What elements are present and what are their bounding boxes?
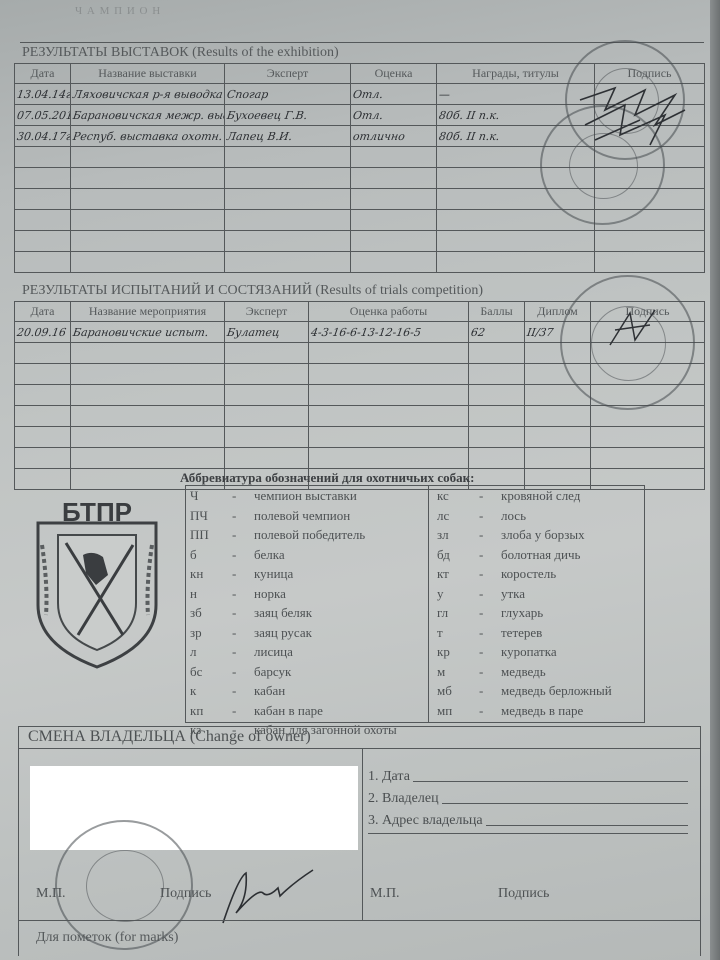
trials-header-cell: Баллы <box>469 302 525 322</box>
abbreviation-dash: - <box>232 508 254 528</box>
right-frame <box>700 726 701 956</box>
trial-signature-cell <box>591 406 705 427</box>
trials-header-cell: Дата <box>15 302 71 322</box>
abbreviation-code: кн <box>190 566 232 586</box>
marks-label: Для пометок (for marks) <box>36 930 178 946</box>
signature-trials-icon <box>605 305 665 355</box>
trial-evaluation-cell: 4-3-16-6-13-12-16-5 <box>309 322 469 343</box>
abbreviation-item: бд-болотная дичь <box>437 547 612 567</box>
trial-date-cell <box>15 343 71 364</box>
handwritten-name: Барановичская межр. выставка <box>72 109 224 122</box>
trial-points-cell <box>469 385 525 406</box>
trial-expert-cell <box>225 406 309 427</box>
exhibition-date-cell <box>15 231 71 252</box>
abbreviation-meaning: куница <box>254 566 293 586</box>
abbreviation-meaning: лисица <box>254 644 293 664</box>
right-stamp-label: М.П. <box>370 886 400 902</box>
abbreviation-code: ПЧ <box>190 508 232 528</box>
owner-title-rule <box>18 748 700 749</box>
top-rule <box>20 42 704 43</box>
abbreviation-meaning: кровяной след <box>501 488 580 508</box>
trial-signature-cell <box>591 448 705 469</box>
trial-date-cell <box>15 448 71 469</box>
owner-date-field[interactable]: 1. Дата <box>368 769 688 785</box>
trial-expert-cell <box>225 448 309 469</box>
exhibition-date-cell: 13.04.14г. <box>15 84 71 105</box>
abbreviation-item: у-утка <box>437 586 612 606</box>
trial-points-cell <box>469 364 525 385</box>
abbreviation-meaning: глухарь <box>501 605 543 625</box>
abbreviation-dash: - <box>232 547 254 567</box>
owner-change-title: СМЕНА ВЛАДЕЛЬЦА (Change of owner) <box>28 728 311 746</box>
abbreviation-code: кс <box>437 488 479 508</box>
abbreviation-item: кн-куница <box>190 566 397 586</box>
abbreviation-item: зб-заяц беляк <box>190 605 397 625</box>
trial-expert-cell: Булатец <box>225 322 309 343</box>
trial-row <box>15 427 705 448</box>
trial-diploma-cell <box>525 406 591 427</box>
exhibition-row <box>15 231 705 252</box>
handwritten-date: 30.04.17г. <box>16 130 70 143</box>
exhibition-date-cell <box>15 252 71 273</box>
abbreviation-meaning: утка <box>501 586 525 606</box>
handwritten-awards: — <box>438 88 451 101</box>
abbreviations-divider <box>428 485 429 723</box>
abbreviation-code: н <box>190 586 232 606</box>
handwritten-expert: Булатец <box>226 326 280 339</box>
left-frame <box>18 726 19 956</box>
trials-header-cell: Оценка работы <box>309 302 469 322</box>
trial-evaluation-cell <box>309 385 469 406</box>
trial-points-cell <box>469 406 525 427</box>
abbreviation-meaning: злоба у борзых <box>501 527 585 547</box>
exhibition-name-cell: Респуб. выставка охотн. собак <box>71 126 225 147</box>
abbreviation-dash: - <box>232 664 254 684</box>
exhibition-name-cell: Барановичская межр. выставка <box>71 105 225 126</box>
exhibition-grade-cell: отлично <box>351 126 437 147</box>
trial-evaluation-cell <box>309 364 469 385</box>
abbreviation-dash: - <box>479 664 501 684</box>
abbreviation-meaning: коростель <box>501 566 556 586</box>
abbreviation-meaning: тетерев <box>501 625 542 645</box>
exhibition-grade-cell <box>351 252 437 273</box>
trial-name-cell <box>71 364 225 385</box>
abbreviation-item: б-белка <box>190 547 397 567</box>
abbreviation-meaning: лось <box>501 508 526 528</box>
exhibitions-header-cell: Эксперт <box>225 64 351 84</box>
exhibition-date-cell <box>15 210 71 231</box>
trial-expert-cell <box>225 364 309 385</box>
abbreviation-code: кт <box>437 566 479 586</box>
exhibition-signature-cell <box>595 231 705 252</box>
abbreviation-item: кс-кровяной след <box>437 488 612 508</box>
handwritten-grade: отлично <box>352 130 406 143</box>
abbreviations-title: Аббревиатура обозначений для охотничьих … <box>180 470 475 486</box>
exhibition-date-cell <box>15 147 71 168</box>
trial-name-cell <box>71 343 225 364</box>
abbreviation-item: бс-барсук <box>190 664 397 684</box>
abbreviation-item: лс-лось <box>437 508 612 528</box>
abbreviation-dash: - <box>232 683 254 703</box>
exhibition-grade-cell <box>351 210 437 231</box>
abbreviation-dash: - <box>479 547 501 567</box>
left-stamp-label: М.П. <box>36 886 66 902</box>
exhibition-name-cell <box>71 168 225 189</box>
exhibition-name-cell <box>71 231 225 252</box>
handwritten-evaluation: 4-3-16-6-13-12-16-5 <box>310 326 422 339</box>
abbreviation-dash: - <box>479 586 501 606</box>
exhibition-grade-cell <box>351 231 437 252</box>
abbreviation-dash: - <box>232 566 254 586</box>
trial-signature-cell <box>591 427 705 448</box>
abbreviation-item: кт-коростель <box>437 566 612 586</box>
exhibition-grade-cell: Отл. <box>351 105 437 126</box>
handwritten-expert: Спогар <box>226 88 269 101</box>
owner-divider <box>362 748 363 920</box>
abbreviation-item: зл-злоба у борзых <box>437 527 612 547</box>
handwritten-name: Респуб. выставка охотн. собак <box>72 130 224 143</box>
left-signature-label: Подпись <box>160 886 211 902</box>
abbreviation-meaning: кабан <box>254 683 285 703</box>
handwritten-expert: Лапец В.И. <box>226 130 293 143</box>
trial-expert-cell <box>225 343 309 364</box>
exhibition-name-cell <box>71 189 225 210</box>
abbreviation-item: мп-медведь в паре <box>437 703 612 723</box>
abbreviation-item: ПП-полевой победитель <box>190 527 397 547</box>
abbreviation-code: зб <box>190 605 232 625</box>
exhibition-name-cell <box>71 252 225 273</box>
abbreviation-code: т <box>437 625 479 645</box>
exhibition-expert-cell <box>225 147 351 168</box>
abbreviation-dash: - <box>232 488 254 508</box>
right-signature-label: Подпись <box>498 886 549 902</box>
trial-points-cell <box>469 343 525 364</box>
abbreviation-item: кп-кабан в паре <box>190 703 397 723</box>
handwritten-grade: Отл. <box>352 109 384 122</box>
abbreviation-item: м-медведь <box>437 664 612 684</box>
abbreviation-dash: - <box>479 625 501 645</box>
exhibition-expert-cell <box>225 231 351 252</box>
owner-address-extra-line[interactable] <box>368 833 688 837</box>
exhibition-grade-cell <box>351 168 437 189</box>
trial-evaluation-cell <box>309 406 469 427</box>
page-edge <box>710 0 720 960</box>
signature-owner-icon <box>218 868 318 928</box>
abbreviation-dash: - <box>232 703 254 723</box>
exhibition-signature-cell <box>595 252 705 273</box>
hunting-emblem-logo: БТПР <box>28 495 166 670</box>
exhibition-name-cell <box>71 147 225 168</box>
abbreviation-code: у <box>437 586 479 606</box>
abbreviations-right-column: кс-кровяной следлс-лосьзл-злоба у борзых… <box>437 488 612 722</box>
abbreviation-code: л <box>190 644 232 664</box>
trial-diploma-cell <box>525 448 591 469</box>
trials-title: РЕЗУЛЬТАТЫ ИСПЫТАНИЙ И СОСТЯЗАНИЙ (Resul… <box>22 283 483 299</box>
exhibition-expert-cell <box>225 252 351 273</box>
abbreviation-meaning: медведь <box>501 664 546 684</box>
owner-name-field[interactable]: 2. Владелец <box>368 791 688 807</box>
trial-expert-cell <box>225 427 309 448</box>
abbreviation-meaning: полевой победитель <box>254 527 365 547</box>
trial-date-cell <box>15 364 71 385</box>
abbreviation-dash: - <box>232 527 254 547</box>
exhibitions-header-cell: Дата <box>15 64 71 84</box>
svg-text:БТПР: БТПР <box>62 497 132 527</box>
abbreviation-dash: - <box>479 527 501 547</box>
trial-name-cell <box>71 385 225 406</box>
trial-date-cell <box>15 427 71 448</box>
exhibition-expert-cell <box>225 168 351 189</box>
trial-name-cell: Барановичские испыт. <box>71 322 225 343</box>
abbreviation-code: зл <box>437 527 479 547</box>
trial-expert-cell <box>225 385 309 406</box>
abbreviation-meaning: заяц русак <box>254 625 312 645</box>
abbreviation-meaning: чемпион выставки <box>254 488 357 508</box>
abbreviation-meaning: заяц беляк <box>254 605 312 625</box>
exhibition-name-cell: Ляховичская р-я выводка <box>71 84 225 105</box>
trial-points-cell: 62 <box>469 322 525 343</box>
abbreviation-dash: - <box>232 625 254 645</box>
exhibition-expert-cell <box>225 189 351 210</box>
abbreviation-meaning: куропатка <box>501 644 557 664</box>
abbreviation-meaning: болотная дичь <box>501 547 580 567</box>
trial-date-cell <box>15 406 71 427</box>
exhibition-expert-cell: Бухоевец Г.В. <box>225 105 351 126</box>
faded-header: Ч А М П И О Н <box>75 5 161 17</box>
exhibition-date-cell <box>15 168 71 189</box>
handwritten-name: Барановичские испыт. <box>72 326 209 339</box>
trials-header-cell: Эксперт <box>225 302 309 322</box>
abbreviations-left-column: Ч-чемпион выставкиПЧ-полевой чемпионПП-п… <box>190 488 397 742</box>
trial-name-cell <box>71 406 225 427</box>
handwritten-expert: Бухоевец Г.В. <box>226 109 308 122</box>
abbreviation-code: бд <box>437 547 479 567</box>
trial-date-cell <box>15 385 71 406</box>
abbreviation-meaning: кабан в паре <box>254 703 323 723</box>
abbreviation-item: л-лисица <box>190 644 397 664</box>
trials-header-cell: Название мероприятия <box>71 302 225 322</box>
exhibition-grade-cell: Отл. <box>351 84 437 105</box>
exhibition-date-cell: 07.05.2016г. <box>15 105 71 126</box>
abbreviation-item: к-кабан <box>190 683 397 703</box>
trial-points-cell <box>469 427 525 448</box>
exhibition-expert-cell: Лапец В.И. <box>225 126 351 147</box>
abbreviation-item: н-норка <box>190 586 397 606</box>
abbreviation-meaning: медведь в паре <box>501 703 583 723</box>
abbreviation-code: гл <box>437 605 479 625</box>
abbreviation-code: м <box>437 664 479 684</box>
exhibition-expert-cell <box>225 210 351 231</box>
handwritten-date: 13.04.14г. <box>16 88 70 101</box>
exhibition-awards-cell <box>437 252 595 273</box>
abbreviation-code: б <box>190 547 232 567</box>
trial-name-cell <box>71 448 225 469</box>
abbreviation-meaning: белка <box>254 547 285 567</box>
abbreviation-dash: - <box>479 644 501 664</box>
handwritten-diploma: II/37 <box>526 326 554 339</box>
trial-evaluation-cell <box>309 343 469 364</box>
trial-row <box>15 448 705 469</box>
abbreviation-dash: - <box>479 488 501 508</box>
exhibition-date-cell <box>15 189 71 210</box>
abbreviation-dash: - <box>479 508 501 528</box>
abbreviation-item: кр-куропатка <box>437 644 612 664</box>
exhibition-expert-cell: Спогар <box>225 84 351 105</box>
trial-date-cell <box>15 469 71 490</box>
abbreviation-dash: - <box>479 605 501 625</box>
handwritten-grade: Отл. <box>352 88 384 101</box>
trial-name-cell <box>71 427 225 448</box>
exhibitions-header-cell: Оценка <box>351 64 437 84</box>
abbreviation-item: мб-медведь берложный <box>437 683 612 703</box>
abbreviation-meaning: полевой чемпион <box>254 508 350 528</box>
abbreviation-dash: - <box>479 703 501 723</box>
exhibition-awards-cell <box>437 231 595 252</box>
owner-top-rule <box>18 726 700 727</box>
handwritten-points: 62 <box>470 326 486 339</box>
abbreviation-item: зр-заяц русак <box>190 625 397 645</box>
abbreviation-code: мб <box>437 683 479 703</box>
abbreviation-dash: - <box>232 586 254 606</box>
abbreviation-dash: - <box>232 644 254 664</box>
abbreviation-meaning: барсук <box>254 664 291 684</box>
owner-address-field[interactable]: 3. Адрес владельца <box>368 813 688 829</box>
exhibition-name-cell <box>71 210 225 231</box>
handwritten-date: 20.09.16 <box>16 326 67 339</box>
trial-points-cell <box>469 448 525 469</box>
handwritten-name: Ляховичская р-я выводка <box>72 88 224 101</box>
abbreviation-meaning: норка <box>254 586 286 606</box>
trial-row <box>15 406 705 427</box>
abbreviation-meaning: медведь берложный <box>501 683 612 703</box>
abbreviation-code: Ч <box>190 488 232 508</box>
handwritten-date: 07.05.2016г. <box>16 109 70 122</box>
signature-exhibition-icon <box>575 80 690 155</box>
trial-evaluation-cell <box>309 448 469 469</box>
abbreviation-code: лс <box>437 508 479 528</box>
trial-date-cell: 20.09.16 <box>15 322 71 343</box>
abbreviation-item: т-тетерев <box>437 625 612 645</box>
trial-diploma-cell <box>525 427 591 448</box>
exhibitions-header-cell: Название выставки <box>71 64 225 84</box>
exhibitions-title: РЕЗУЛЬТАТЫ ВЫСТАВОК (Results of the exhi… <box>22 45 339 61</box>
abbreviation-item: гл-глухарь <box>437 605 612 625</box>
abbreviation-dash: - <box>479 683 501 703</box>
exhibition-date-cell: 30.04.17г. <box>15 126 71 147</box>
abbreviation-item: Ч-чемпион выставки <box>190 488 397 508</box>
abbreviation-code: мп <box>437 703 479 723</box>
exhibition-row <box>15 252 705 273</box>
abbreviation-code: ПП <box>190 527 232 547</box>
abbreviation-code: кр <box>437 644 479 664</box>
handwritten-awards: 80б. II п.к. <box>438 109 500 122</box>
handwritten-awards: 80б. II п.к. <box>438 130 500 143</box>
marks-rule <box>18 920 700 921</box>
exhibition-grade-cell <box>351 147 437 168</box>
abbreviation-code: кп <box>190 703 232 723</box>
abbreviation-item: ПЧ-полевой чемпион <box>190 508 397 528</box>
abbreviation-dash: - <box>479 566 501 586</box>
exhibition-grade-cell <box>351 189 437 210</box>
abbreviation-dash: - <box>232 605 254 625</box>
abbreviation-code: зр <box>190 625 232 645</box>
trial-evaluation-cell <box>309 427 469 448</box>
abbreviation-code: к <box>190 683 232 703</box>
abbreviation-code: бс <box>190 664 232 684</box>
